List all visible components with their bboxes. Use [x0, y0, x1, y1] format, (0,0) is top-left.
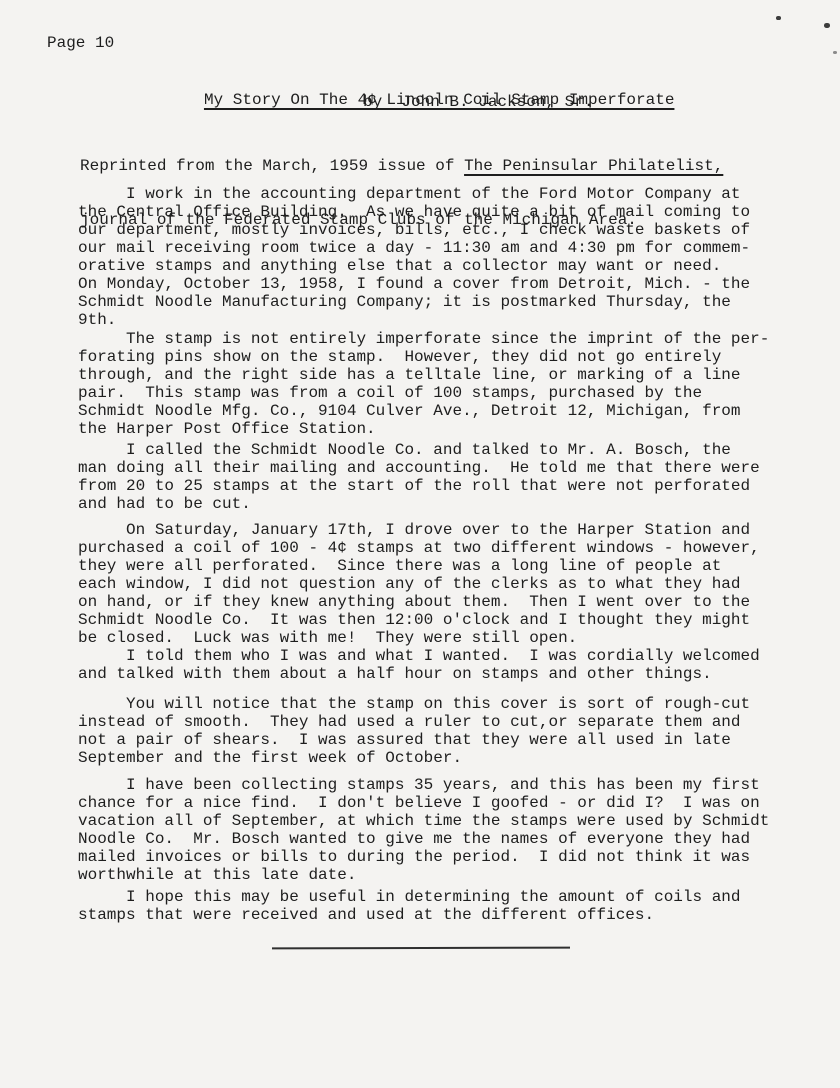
end-divider-rule [272, 947, 570, 950]
document-page: Page 10 My Story On The 4¢ Lincoln Coil … [0, 0, 840, 1088]
dust-speck [824, 23, 830, 28]
page-number: Page 10 [47, 34, 114, 52]
paragraph-1: I work in the accounting department of t… [78, 185, 778, 329]
paragraph-6: You will notice that the stamp on this c… [78, 695, 778, 767]
reprint-text: Reprinted from the March, 1959 issue of [80, 157, 464, 175]
dust-speck [776, 16, 781, 20]
journal-name: The Peninsular Philatelist, [464, 157, 723, 175]
paragraph-3: I called the Schmidt Noodle Co. and talk… [78, 441, 778, 513]
paragraph-8: I hope this may be useful in determining… [78, 888, 778, 924]
paragraph-7: I have been collecting stamps 35 years, … [78, 776, 778, 884]
paragraph-2: The stamp is not entirely imperforate si… [78, 330, 778, 438]
article-byline: by John B. Jackson, Sr. [363, 93, 593, 111]
dust-speck [833, 51, 837, 54]
paragraph-5: I told them who I was and what I wanted.… [78, 647, 778, 683]
reprint-line-1: Reprinted from the March, 1959 issue of … [80, 157, 723, 175]
paragraph-4: On Saturday, January 17th, I drove over … [78, 521, 778, 647]
